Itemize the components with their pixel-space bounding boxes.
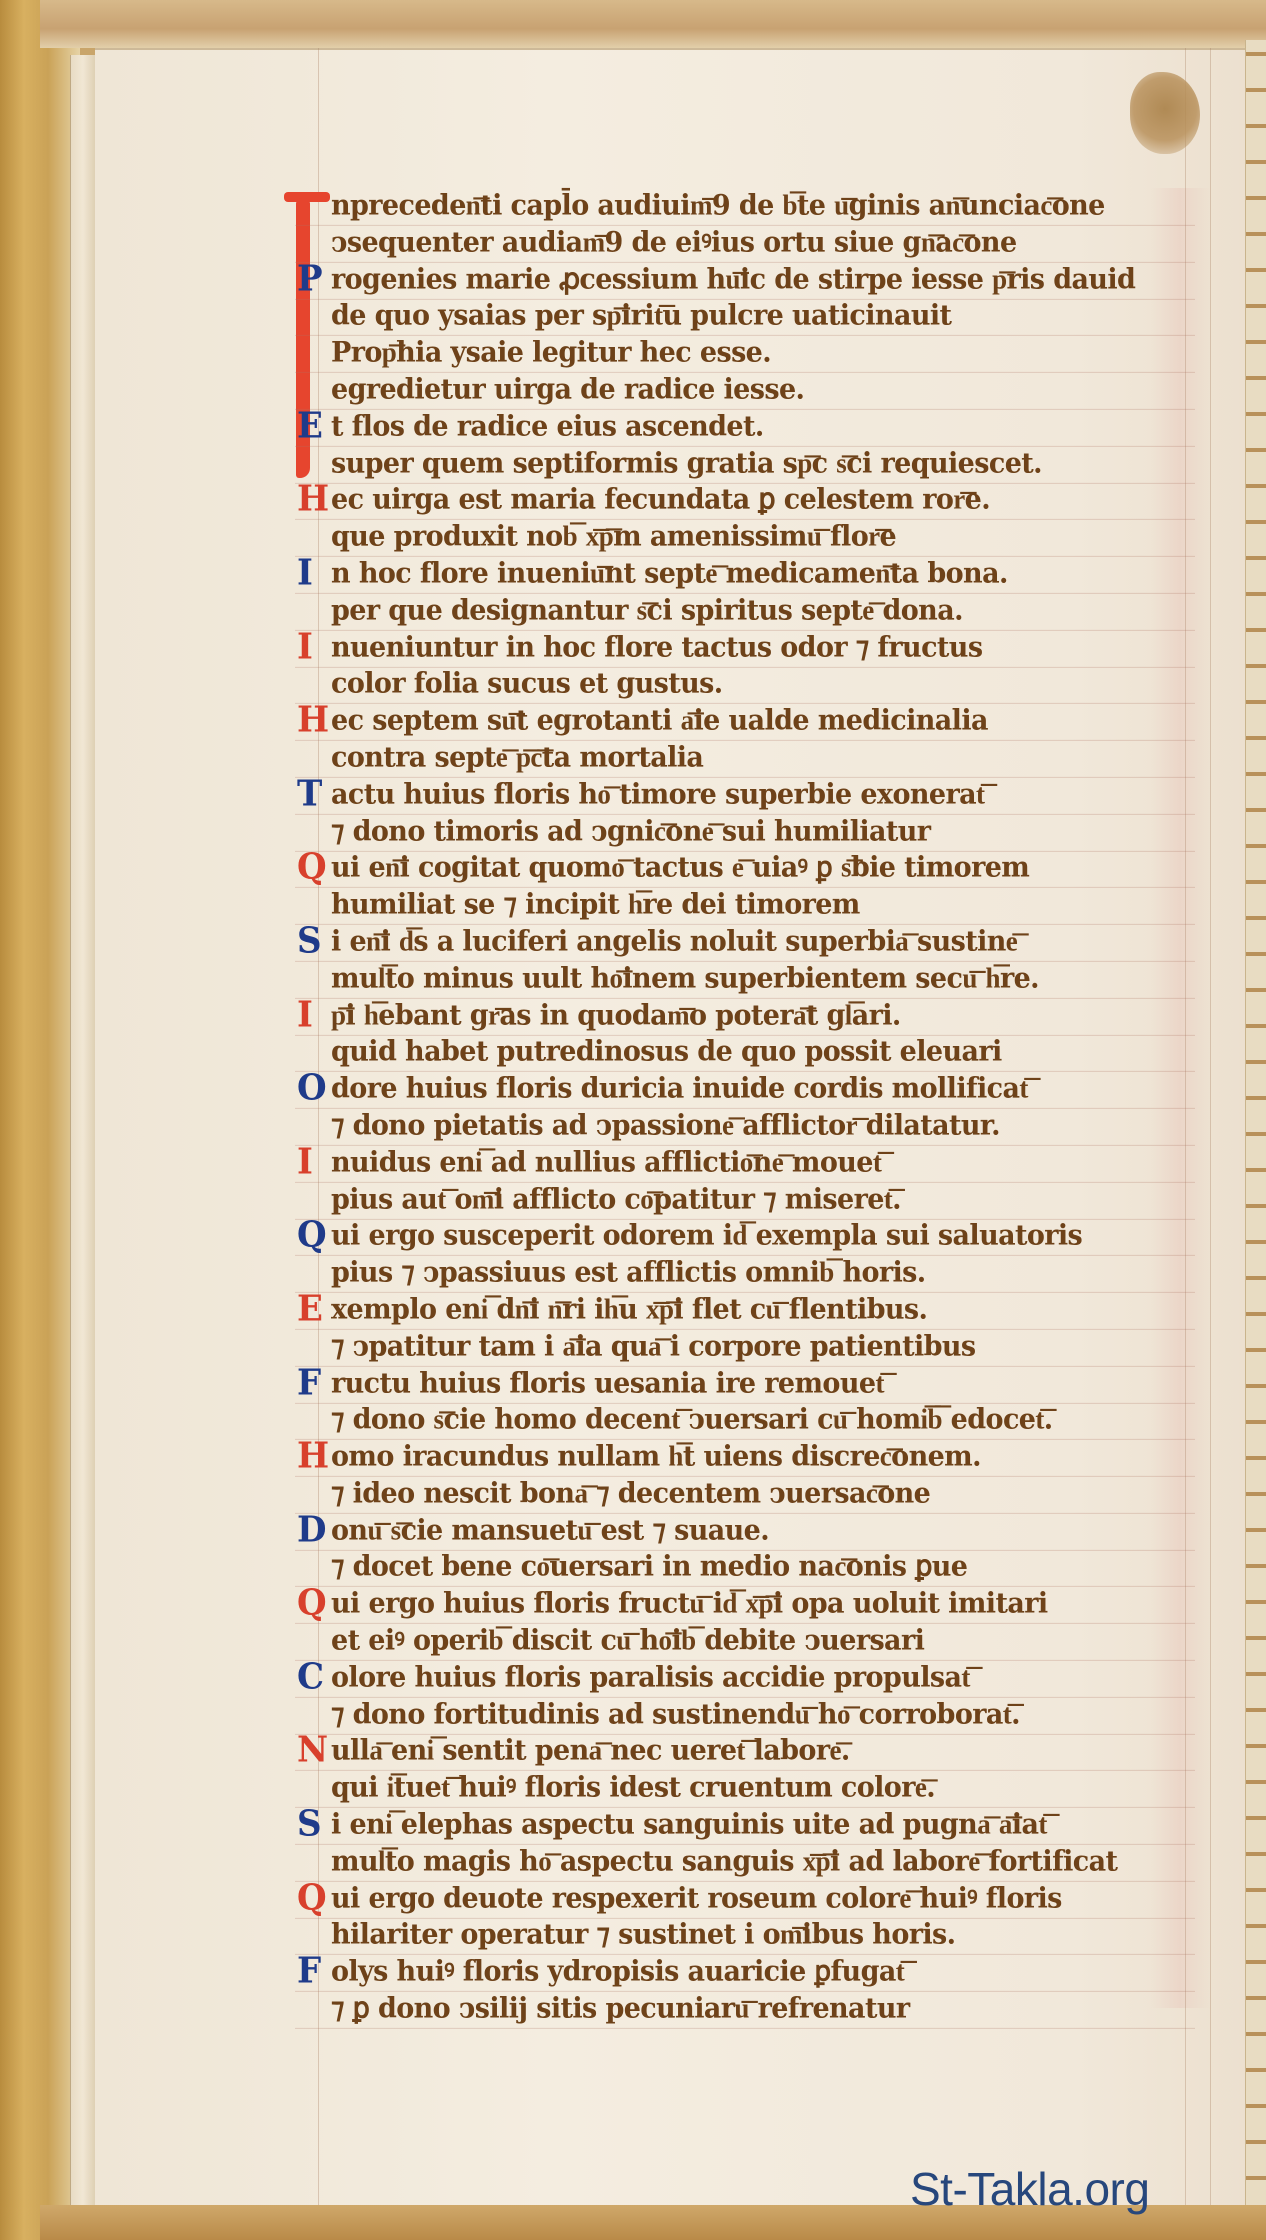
text-line: Tactu huius floris ho͞ timore superbie e… bbox=[295, 776, 1195, 815]
text-line: mul͞to minus uult ho͞inem superbientem s… bbox=[295, 960, 1195, 999]
text-line: Qui ergo deuote respexerit roseum colore… bbox=[295, 1880, 1195, 1919]
line-text: ec uirga est maria fecundata ꝑ celestem … bbox=[295, 481, 990, 519]
text-line: quid habet putredinosus de quo possit el… bbox=[295, 1033, 1195, 1072]
page-fold-edge bbox=[70, 55, 96, 2205]
text-line: Qui ergo huius floris fructu͞ id͞ x͞p͞i … bbox=[295, 1585, 1195, 1624]
text-line: mul͞to magis ho͞ aspectu sanguis x͞p͞i a… bbox=[295, 1843, 1195, 1882]
text-line: Ip͞i h͞ebant gr͞as in quodam͞o potera͞t … bbox=[295, 997, 1195, 1036]
line-text: ⁊ dono pietatis ad ↄpassione͞ afflictor͞… bbox=[295, 1107, 1000, 1145]
line-text: olys huiꝰ floris ydropisis auaricie ꝑfug… bbox=[295, 1953, 904, 1991]
text-line: Exemplo eni͞ dn͞i n͞ri ih͞u x͞p͞i flet c… bbox=[295, 1291, 1195, 1330]
text-line: ⁊ docet bene co͞uersari in medio nac͞oni… bbox=[295, 1549, 1195, 1588]
binding-top-edge bbox=[40, 0, 1266, 48]
text-line: per que designantur s͞ci spiritus septe͞… bbox=[295, 592, 1195, 631]
line-text: egredietur uirga de radice iesse. bbox=[295, 371, 804, 409]
line-text: ructu huius floris uesania ire remouet͞ bbox=[295, 1365, 884, 1403]
rubric-initial: Q bbox=[297, 1880, 326, 1918]
line-text: ui ergo huius floris fructu͞ id͞ x͞p͞i o… bbox=[295, 1585, 1048, 1623]
line-text: ui ergo susceperit odorem id͞ exempla su… bbox=[295, 1217, 1082, 1255]
text-line: Hec uirga est maria fecundata ꝑ celestem… bbox=[295, 481, 1195, 520]
rubric-initial: N bbox=[297, 1733, 327, 1771]
rubric-initial: E bbox=[297, 1291, 322, 1329]
text-line: ⁊ ↄpatitur tam i a͞ia qua͞ i corpore pat… bbox=[295, 1328, 1195, 1367]
text-line: Qui ergo susceperit odorem id͞ exempla s… bbox=[295, 1217, 1195, 1256]
line-text: humiliat se ⁊ incipit h͞re dei timorem bbox=[295, 886, 860, 924]
rubric-initial: Q bbox=[297, 1217, 326, 1255]
text-line: de quo ysaias per sp͞irit͞u pulcre uatic… bbox=[295, 297, 1195, 336]
rubric-initial: H bbox=[297, 481, 329, 519]
text-line: Donu͞ s͞cie mansuetu͞ est ⁊ suaue. bbox=[295, 1512, 1195, 1551]
rubric-initial: S bbox=[297, 923, 321, 961]
ruling-line-outer bbox=[1210, 48, 1211, 2208]
line-text: pius aut͞ om͞i afflicto co͞patitur ⁊ mis… bbox=[295, 1181, 901, 1219]
text-line: super quem septiformis gratia sp͞c s͞ci … bbox=[295, 445, 1195, 484]
line-text: ⁊ dono timoris ad ↄgnic͞one͞ sui humilia… bbox=[295, 813, 930, 851]
text-line: In hoc flore inueniu͞nt septe͞ medicamen… bbox=[295, 555, 1195, 594]
manuscript-text: npreceden͞ti capl̄o audiuim͞9 de b͞te u͞… bbox=[295, 188, 1195, 2028]
text-line: Inueniuntur in hoc flore tactus odor ⁊ f… bbox=[295, 629, 1195, 668]
line-text: super quem septiformis gratia sp͞c s͞ci … bbox=[295, 445, 1042, 483]
text-line: ⁊ ꝑ dono ↄsilij sitis pecuniaru͞ refrena… bbox=[295, 1990, 1195, 2029]
text-line: npreceden͞ti capl̄o audiuim͞9 de b͞te u͞… bbox=[295, 187, 1195, 226]
text-line: Qui en͞i cogitat quomo͞ tactus e͞ uiaꝰ ꝑ… bbox=[295, 849, 1195, 888]
line-text: color folia sucus et gustus. bbox=[295, 665, 723, 703]
rubric-initial: Q bbox=[297, 1585, 326, 1623]
line-text: ⁊ dono fortitudinis ad sustinendu͞ ho͞ c… bbox=[295, 1696, 1020, 1734]
text-line: et eiꝰ operib͞ discit cu͞ ho͞ib͞ debite … bbox=[295, 1622, 1195, 1661]
line-text: npreceden͞ti capl̄o audiuim͞9 de b͞te u͞… bbox=[295, 187, 1105, 225]
text-line: humiliat se ⁊ incipit h͞re dei timorem bbox=[295, 886, 1195, 925]
rubric-initial: I bbox=[297, 997, 312, 1035]
rubric-initial: O bbox=[297, 1070, 326, 1108]
rubric-initial: Q bbox=[297, 849, 326, 887]
text-line: pius aut͞ om͞i afflicto co͞patitur ⁊ mis… bbox=[295, 1181, 1195, 1220]
text-line: Odore huius floris duricia inuide cordis… bbox=[295, 1070, 1195, 1109]
line-text: ⁊ ↄpatitur tam i a͞ia qua͞ i corpore pat… bbox=[295, 1328, 976, 1366]
line-text: nuidus eni͞ ad nullius afflictio͞ne͞ mou… bbox=[295, 1144, 881, 1182]
text-line: Colore huius floris paralisis accidie pr… bbox=[295, 1659, 1195, 1698]
rubric-initial: H bbox=[297, 702, 329, 740]
text-line: Inuidus eni͞ ad nullius afflictio͞ne͞ mo… bbox=[295, 1144, 1195, 1183]
text-line: ⁊ dono timoris ad ↄgnic͞one͞ sui humilia… bbox=[295, 813, 1195, 852]
line-text: mul͞to minus uult ho͞inem superbientem s… bbox=[295, 960, 1039, 998]
line-text: pius ⁊ ↄpassiuus est afflictis omnib͞ ho… bbox=[295, 1254, 926, 1292]
rubric-initial: D bbox=[297, 1512, 326, 1550]
text-line: ⁊ dono s͞cie homo decent͞ ↄuersari cu͞ h… bbox=[295, 1401, 1195, 1440]
line-text: hilariter operatur ⁊ sustinet i om͞ibus … bbox=[295, 1917, 955, 1955]
ink-stain bbox=[1130, 72, 1200, 154]
line-text: ulla͞ eni͞ sentit pena͞ nec ueret͞ labor… bbox=[295, 1733, 850, 1771]
rubric-initial: I bbox=[297, 555, 312, 593]
line-text: mul͞to magis ho͞ aspectu sanguis x͞p͞i a… bbox=[295, 1843, 1117, 1881]
text-line: ⁊ ideo nescit bona͞ ⁊ decentem ↄuersac͞o… bbox=[295, 1475, 1195, 1514]
text-line: ⁊ dono fortitudinis ad sustinendu͞ ho͞ c… bbox=[295, 1696, 1195, 1735]
text-line: Nulla͞ eni͞ sentit pena͞ nec ueret͞ labo… bbox=[295, 1733, 1195, 1772]
text-line: Hec septem su͞t egrotanti a͞ie ualde med… bbox=[295, 702, 1195, 741]
rubric-initial: F bbox=[297, 1365, 321, 1403]
text-line: Si en͞i d͞s a luciferi angelis noluit su… bbox=[295, 923, 1195, 962]
line-text: omo iracundus nullam h͞t uiens discrec͞o… bbox=[295, 1438, 981, 1476]
line-text: de quo ysaias per sp͞irit͞u pulcre uatic… bbox=[295, 297, 951, 335]
rubric-initial: I bbox=[297, 629, 312, 667]
watermark: St-Takla.org bbox=[910, 2162, 1149, 2216]
line-text: ui en͞i cogitat quomo͞ tactus e͞ uiaꝰ ꝑ … bbox=[295, 849, 1029, 887]
line-text: dore huius floris duricia inuide cordis … bbox=[295, 1070, 1028, 1108]
line-text: n hoc flore inueniu͞nt septe͞ medicamen͞… bbox=[295, 555, 1008, 593]
rubric-initial: S bbox=[297, 1806, 321, 1844]
line-text: nueniuntur in hoc flore tactus odor ⁊ fr… bbox=[295, 629, 982, 667]
line-text: per que designantur s͞ci spiritus septe͞… bbox=[295, 592, 963, 630]
text-line: qui i͞tuet͞ huiꝰ floris idest cruentum c… bbox=[295, 1769, 1195, 1808]
text-line: Homo iracundus nullam h͞t uiens discrec͞… bbox=[295, 1438, 1195, 1477]
line-text: ⁊ ideo nescit bona͞ ⁊ decentem ↄuersac͞o… bbox=[295, 1475, 930, 1513]
text-line: Prop͞hia ysaie legitur hec esse. bbox=[295, 334, 1195, 373]
rubric-initial: I bbox=[297, 1144, 312, 1182]
text-line: hilariter operatur ⁊ sustinet i om͞ibus … bbox=[295, 1917, 1195, 1956]
line-text: contra septe͞ p͞c͞ta mortalia bbox=[295, 739, 703, 777]
text-line: ↄsequenter audiam͞9 de eiꝰius ortu siue … bbox=[295, 224, 1195, 263]
text-line: Folys huiꝰ floris ydropisis auaricie ꝑfu… bbox=[295, 1953, 1195, 1992]
rubric-initial: E bbox=[297, 408, 322, 446]
text-line: que produxit nob͞ x͞p͞m amenissimu͞ flor… bbox=[295, 518, 1195, 557]
text-line: Si eni͞ elephas aspectu sanguinis uite a… bbox=[295, 1806, 1195, 1845]
rubric-initial: P bbox=[297, 261, 322, 299]
line-text: que produxit nob͞ x͞p͞m amenissimu͞ flor… bbox=[295, 518, 896, 556]
text-line: Fructu huius floris uesania ire remouet͞ bbox=[295, 1365, 1195, 1404]
text-line: contra septe͞ p͞c͞ta mortalia bbox=[295, 739, 1195, 778]
line-text: rogenies marie ꝓcessium hu͞ic de stirpe … bbox=[295, 261, 1135, 299]
line-text: i eni͞ elephas aspectu sanguinis uite ad… bbox=[295, 1806, 1047, 1844]
line-text: i en͞i d͞s a luciferi angelis noluit sup… bbox=[295, 923, 1017, 961]
text-line: Progenies marie ꝓcessium hu͞ic de stirpe… bbox=[295, 261, 1195, 300]
rubric-initial: F bbox=[297, 1953, 321, 1991]
neighbor-page-edge bbox=[1245, 40, 1266, 2210]
line-text: xemplo eni͞ dn͞i n͞ri ih͞u x͞p͞i flet cu… bbox=[295, 1291, 927, 1329]
line-text: ⁊ ꝑ dono ↄsilij sitis pecuniaru͞ refrena… bbox=[295, 1990, 909, 2028]
line-text: et eiꝰ operib͞ discit cu͞ ho͞ib͞ debite … bbox=[295, 1622, 924, 1660]
binding-left-edge bbox=[0, 0, 80, 2240]
line-text: actu huius floris ho͞ timore superbie ex… bbox=[295, 776, 984, 814]
line-text: ⁊ dono s͞cie homo decent͞ ↄuersari cu͞ h… bbox=[295, 1401, 1053, 1439]
text-line: egredietur uirga de radice iesse. bbox=[295, 371, 1195, 410]
text-line: pius ⁊ ↄpassiuus est afflictis omnib͞ ho… bbox=[295, 1254, 1195, 1293]
line-text: olore huius floris paralisis accidie pro… bbox=[295, 1659, 970, 1697]
line-text: Prop͞hia ysaie legitur hec esse. bbox=[295, 334, 771, 372]
line-text: quid habet putredinosus de quo possit el… bbox=[295, 1033, 1002, 1071]
rubric-initial: H bbox=[297, 1438, 329, 1476]
line-text: qui i͞tuet͞ huiꝰ floris idest cruentum c… bbox=[295, 1769, 935, 1807]
rubric-initial: T bbox=[297, 776, 322, 814]
line-text: ec septem su͞t egrotanti a͞ie ualde medi… bbox=[295, 702, 988, 740]
line-text: onu͞ s͞cie mansuetu͞ est ⁊ suaue. bbox=[295, 1512, 769, 1550]
line-text: ⁊ docet bene co͞uersari in medio nac͞oni… bbox=[295, 1549, 967, 1587]
text-line: color folia sucus et gustus. bbox=[295, 665, 1195, 704]
line-text: ↄsequenter audiam͞9 de eiꝰius ortu siue … bbox=[295, 224, 1017, 262]
line-text: t flos de radice eius ascendet. bbox=[295, 408, 764, 446]
text-line: Et flos de radice eius ascendet. bbox=[295, 408, 1195, 447]
rubric-initial: C bbox=[297, 1659, 323, 1697]
line-text: p͞i h͞ebant gr͞as in quodam͞o potera͞t g… bbox=[295, 997, 901, 1035]
text-line: ⁊ dono pietatis ad ↄpassione͞ afflictor͞… bbox=[295, 1107, 1195, 1146]
line-text: ui ergo deuote respexerit roseum colore͞… bbox=[295, 1880, 1062, 1918]
